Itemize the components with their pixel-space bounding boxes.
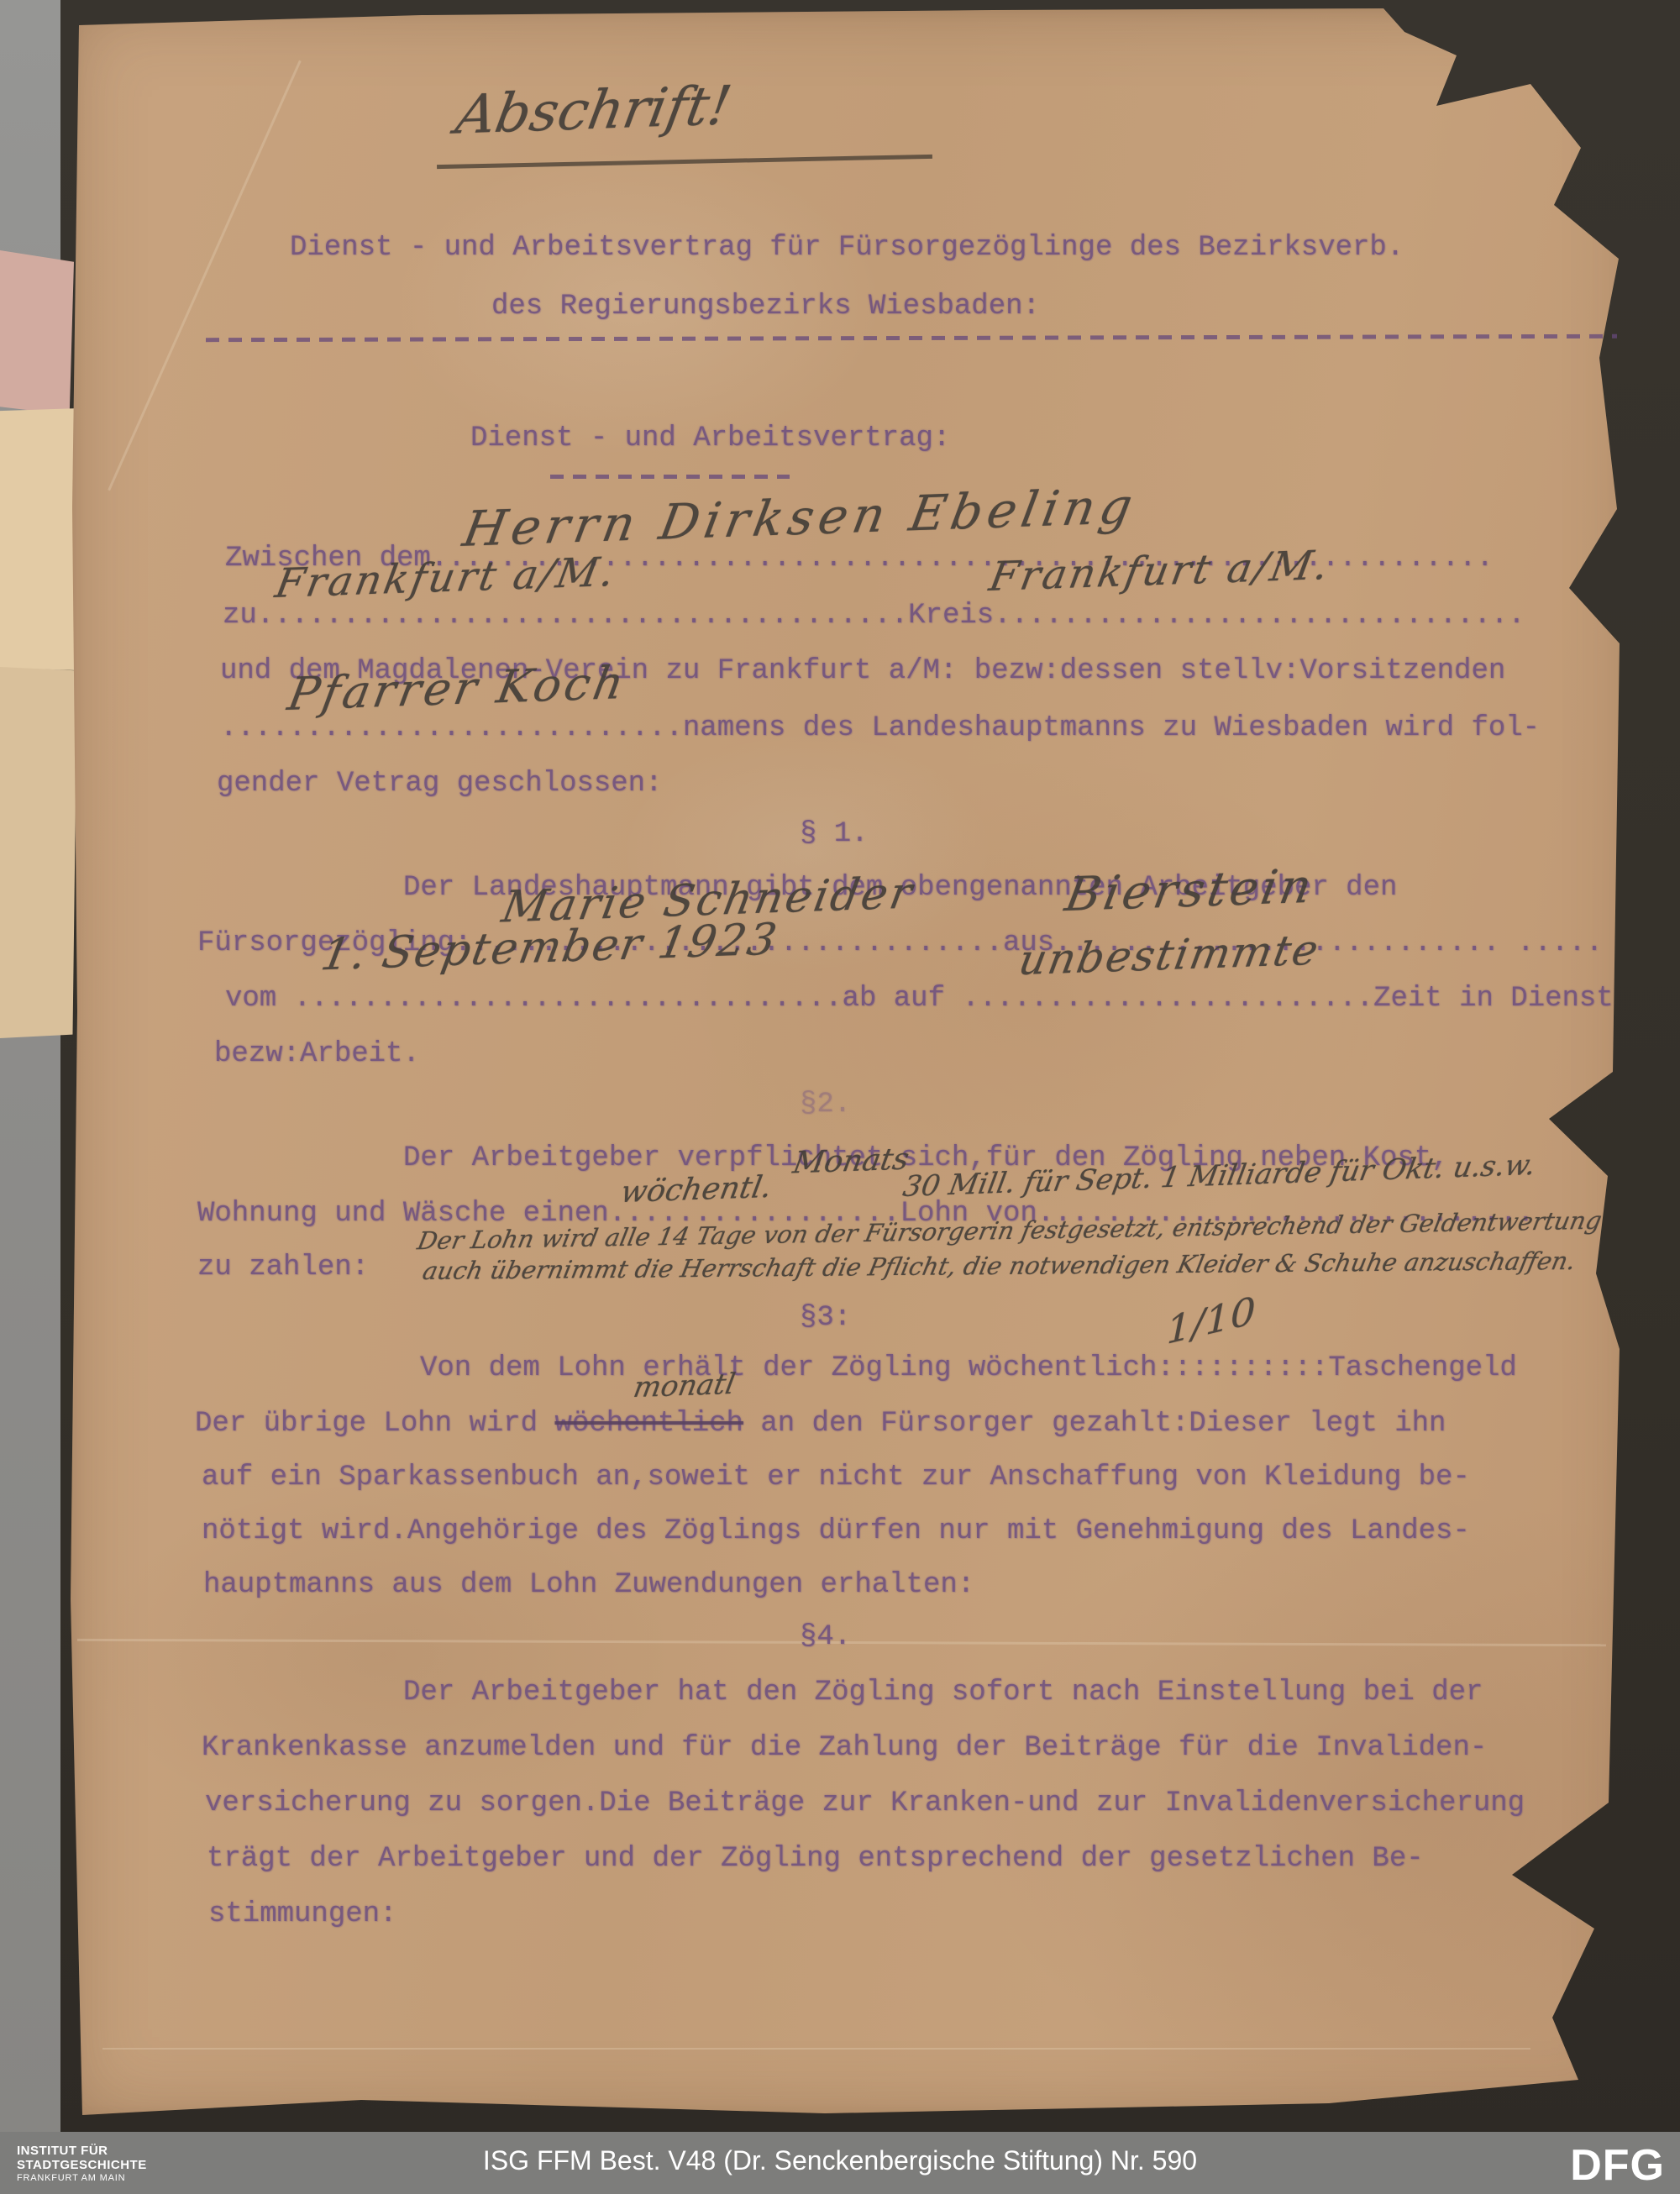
- handwritten-correction-monatl: monatl: [631, 1367, 738, 1404]
- institute-name-line1: INSTITUT FÜR: [17, 2144, 147, 2158]
- paragraph1-line4: bezw:Arbeit.: [214, 1040, 420, 1068]
- uebriger-lohn-text-b: an den Fürsorger gezahlt:Dieser legt ihn: [743, 1408, 1446, 1440]
- abauf-label: ab auf .: [843, 983, 979, 1015]
- vom-dotted-line: ...............................: [311, 983, 843, 1015]
- form-line-pfarrer: ...........................namens des La…: [220, 714, 1540, 743]
- institute-name-line2: STADTGESCHICHTE: [17, 2158, 147, 2172]
- paragraph3-line4: nötigt wird.Angehörige des Zöglings dürf…: [202, 1517, 1470, 1546]
- handwritten-annotation-abschrift: Abschrift!: [451, 75, 736, 146]
- abauf-dotted-line: .......................: [979, 983, 1373, 1015]
- underlying-paper-pink: [0, 250, 74, 415]
- institute-logo: INSTITUT FÜR STADTGESCHICHTE FRANKFURT A…: [17, 2144, 147, 2183]
- paragraph3-line2: Der übrige Lohn wird wöchentlich an den …: [195, 1409, 1446, 1438]
- form-line-zu-kreis: zu......................................…: [223, 601, 1525, 630]
- paragraph4-line1: Der Arbeitgeber hat den Zögling sofort n…: [403, 1678, 1483, 1707]
- dfg-logo: DFG: [1570, 2140, 1665, 2191]
- document-title-line2: des Regierungsbezirks Wiesbaden:: [491, 292, 1040, 321]
- scanned-document-viewer: Abschrift! Dienst - und Arbeitsvertrag f…: [0, 0, 1680, 2194]
- paragraph4-line2: Krankenkasse anzumelden und für die Zahl…: [202, 1734, 1487, 1762]
- taschengeld-text-a: Von dem Lohn erhält der Zögling wöchentl…: [420, 1352, 1294, 1384]
- handwritten-origin-place: Bierstein: [1061, 859, 1319, 922]
- taschengeld-text-b: ::Taschengeld: [1294, 1352, 1517, 1384]
- paragraph4-line5: stimmungen:: [208, 1900, 396, 1929]
- paragraph4-heading: §4.: [800, 1623, 851, 1651]
- paragraph3-line5: hauptmanns aus dem Lohn Zuwendungen erha…: [203, 1571, 974, 1599]
- paper-crease: [102, 2048, 1530, 2050]
- subtitle-dashed-rule: [550, 475, 790, 479]
- paragraph4-line4: trägt der Arbeitgeber und der Zögling en…: [207, 1845, 1424, 1873]
- kreis-dotted-line: ...............................: [994, 600, 1525, 632]
- paragraph1-line3: vom ................................ab a…: [225, 984, 1614, 1013]
- vom-label: vom .: [225, 983, 311, 1015]
- zeit-label: Zeit in Dienst: [1373, 983, 1614, 1015]
- zu-dotted-line: ....................................: [291, 600, 909, 632]
- paper-crease: [108, 60, 302, 491]
- pfarrer-rest-text: namens des Landeshauptmanns zu Wiesbaden…: [683, 712, 1540, 744]
- underlying-paper-cream-bottom: [0, 667, 77, 1038]
- document-title-line1: Dienst - und Arbeitsvertrag für Fürsorge…: [290, 234, 1404, 262]
- paragraph2-heading: §2.: [800, 1090, 851, 1119]
- uebriger-lohn-text-a: Der übrige Lohn wird: [195, 1408, 554, 1440]
- paragraph1-heading: § 1.: [800, 820, 869, 848]
- paragraph3-line3: auf ein Sparkassenbuch an,soweit er nich…: [202, 1463, 1470, 1492]
- handwritten-wage-period-old: wöchentl.: [618, 1170, 774, 1210]
- archive-reference-text: ISG FFM Best. V48 (Dr. Senckenbergische …: [483, 2145, 1197, 2176]
- underlying-paper-cream-top: [0, 408, 80, 670]
- paragraph3-line1: Von dem Lohn erhält der Zögling wöchentl…: [420, 1354, 1517, 1383]
- paragraph2-line3: zu zahlen:: [197, 1253, 369, 1282]
- institute-name-line3: FRANKFURT AM MAIN: [17, 2173, 147, 2184]
- paragraph3-heading: §3:: [800, 1304, 851, 1332]
- kreis-label: Kreis: [908, 600, 994, 632]
- struck-word-woechentlich: wöchentlich: [554, 1408, 743, 1440]
- handwritten-wage-period-new: Monats: [790, 1142, 911, 1181]
- form-line-geschlossen: gender Vetrag geschlossen:: [217, 769, 663, 798]
- paragraph4-line3: versicherung zu sorgen.Die Beiträge zur …: [205, 1789, 1525, 1818]
- contract-subtitle: Dienst - und Arbeitsvertrag:: [470, 424, 950, 453]
